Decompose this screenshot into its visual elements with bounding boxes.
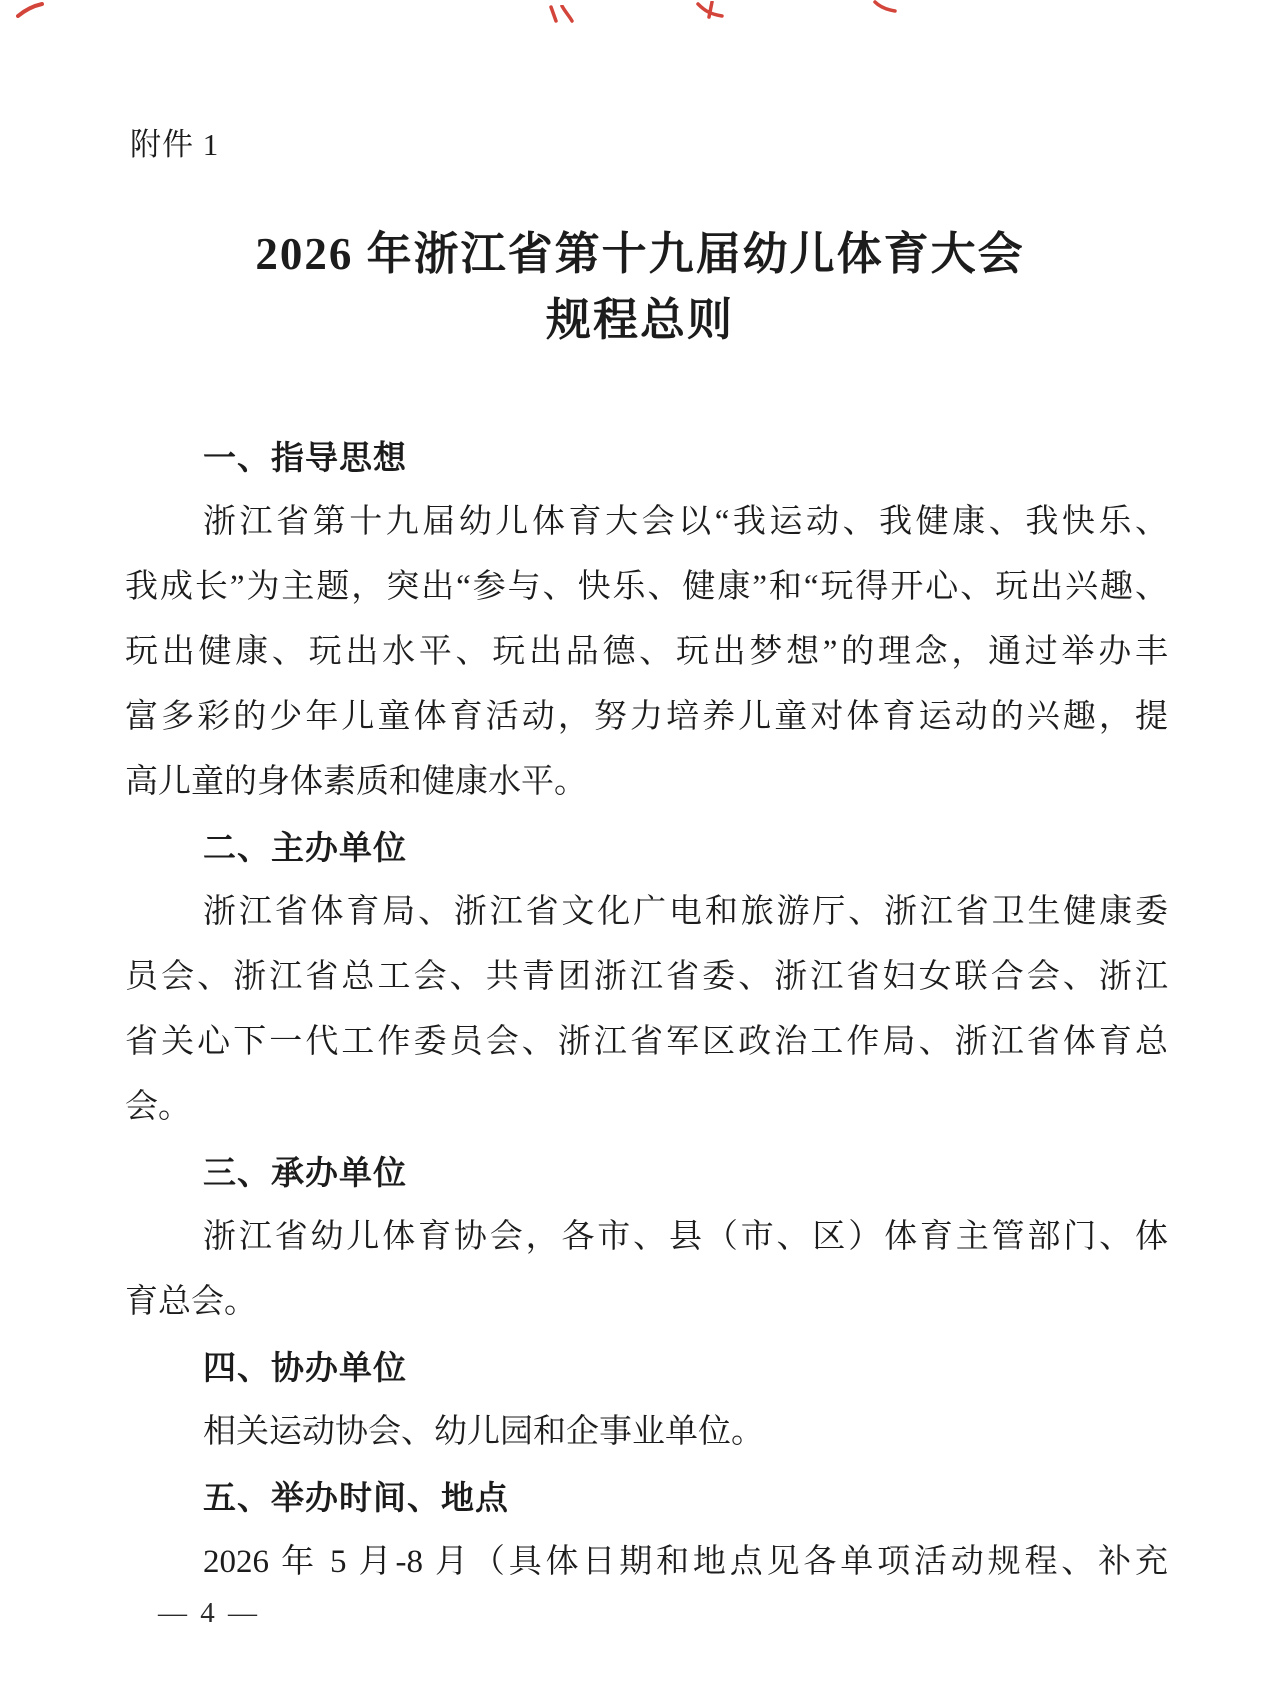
- text-line: 相关运动协会、幼儿园和企事业单位。: [125, 1400, 1168, 1465]
- document-title-line2: 规程总则: [0, 287, 1280, 353]
- text-line: 员会、浙江省总工会、共青团浙江省委、浙江省妇女联合会、浙江: [125, 945, 1168, 1010]
- section-heading: 五、举办时间、地点: [125, 1465, 1168, 1530]
- document-body: 一、指导思想浙江省第十九届幼儿体育大会以“我运动、我健康、我快乐、我成长”为主题…: [125, 425, 1168, 1595]
- section-heading: 一、指导思想: [125, 425, 1168, 490]
- text-line: 我成长”为主题，突出“参与、快乐、健康”和“玩得开心、玩出兴趣、: [125, 555, 1168, 620]
- text-line: 玩出健康、玩出水平、玩出品德、玩出梦想”的理念，通过举办丰: [125, 620, 1168, 685]
- text-line: 会。: [125, 1075, 1168, 1140]
- text-line: 浙江省第十九届幼儿体育大会以“我运动、我健康、我快乐、: [125, 490, 1168, 555]
- document-title: 2026 年浙江省第十九届幼儿体育大会 规程总则: [0, 221, 1280, 353]
- section-heading: 二、主办单位: [125, 815, 1168, 880]
- red-scan-artifact: [548, 5, 574, 23]
- red-scan-artifact: [873, 0, 897, 13]
- text-line: 育总会。: [125, 1270, 1168, 1335]
- section-heading: 三、承办单位: [125, 1140, 1168, 1205]
- red-scan-artifact: [16, 2, 44, 18]
- attachment-label: 附件 1: [130, 126, 219, 164]
- scanned-document-page: 附件 1 2026 年浙江省第十九届幼儿体育大会 规程总则 一、指导思想浙江省第…: [0, 0, 1280, 1708]
- text-line: 浙江省幼儿体育协会，各市、县（市、区）体育主管部门、体: [125, 1205, 1168, 1270]
- text-line: 2026 年 5 月-8 月（具体日期和地点见各单项活动规程、补充: [125, 1530, 1168, 1595]
- red-scan-artifact: [696, 1, 724, 19]
- document-title-line1: 2026 年浙江省第十九届幼儿体育大会: [0, 221, 1280, 287]
- page-number: — 4 —: [158, 1596, 260, 1630]
- text-line: 浙江省体育局、浙江省文化广电和旅游厅、浙江省卫生健康委: [125, 880, 1168, 945]
- text-line: 省关心下一代工作委员会、浙江省军区政治工作局、浙江省体育总: [125, 1010, 1168, 1075]
- text-line: 高儿童的身体素质和健康水平。: [125, 750, 1168, 815]
- section-heading: 四、协办单位: [125, 1335, 1168, 1400]
- text-line: 富多彩的少年儿童体育活动，努力培养儿童对体育运动的兴趣，提: [125, 685, 1168, 750]
